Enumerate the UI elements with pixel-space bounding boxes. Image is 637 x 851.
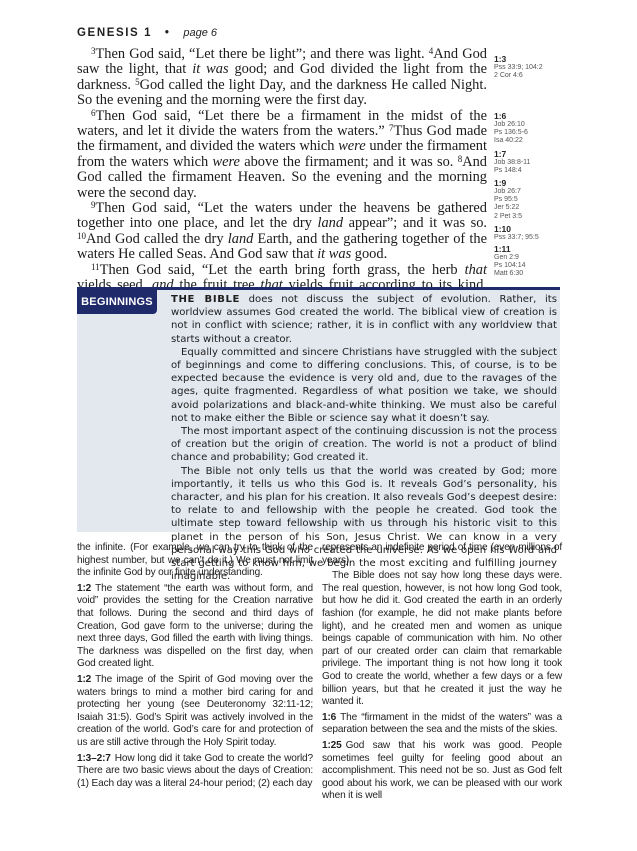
verse-text: appear”; and it was so. [343,215,487,231]
cross-reference-citation: Ps 148:4 [494,167,564,175]
cross-reference: 1:7Job 38:8-11Ps 148:4 [494,150,564,175]
study-note: 1:3–2:7How long did it take God to creat… [77,753,313,791]
running-head: GENESIS 1 • page 6 [77,27,217,39]
study-note-text: How long did it take God to create the w… [77,753,313,789]
study-note: 1:6The “firmament in the midst of the wa… [322,712,562,737]
study-note: represents an indefinite period of time … [322,542,562,567]
study-notes-left-column: the infinite. (For example, we can try t… [77,542,313,793]
verse-text: And God called the dry [86,231,228,247]
study-notes-right-column: represents an indefinite period of time … [322,542,562,806]
cross-reference: 1:9Job 26:7Ps 95:5Jer 5:222 Pet 3:5 [494,179,564,221]
study-note-reference: 1:2 [77,674,91,685]
cross-reference-citation: Job 26:10 [494,121,564,129]
sidebar-paragraph: THE BIBLE does not discuss the subject o… [171,293,557,346]
verse-text: Then God said, “Let the earth bring fort… [100,262,465,278]
verse-text: Then God said, “Let there be light”; and… [96,46,429,62]
study-note-reference: 1:2 [77,583,91,594]
cross-reference-verse: 1:7 [494,150,564,159]
study-note-reference: 1:3–2:7 [77,753,111,764]
study-note-text: the infinite. (For example, we can try t… [77,542,313,578]
verse-text: good. [351,246,387,262]
sidebar-paragraph: The most important aspect of the continu… [171,425,557,465]
scripture-paragraph: 3Then God said, “Let there be light”; an… [77,47,487,109]
italic-word: were [212,154,239,170]
cross-reference-citation: Isa 40:22 [494,137,564,145]
cross-reference: 1:11Gen 2:9Ps 104:14Matt 6:30 [494,245,564,279]
study-note-text: represents an indefinite period of time … [322,542,562,566]
italic-word: land [228,231,254,247]
study-note: 1:2The statement “the earth was without … [77,583,313,671]
page-number: page 6 [183,27,217,39]
scripture-paragraph: 6Then God said, “Let there be a firmamen… [77,109,487,201]
italic-word: land [317,215,343,231]
cross-reference: 1:3Pss 33:9; 104:22 Cor 4:6 [494,55,564,80]
scripture-text: 3Then God said, “Let there be light”; an… [77,47,487,324]
beginnings-sidebar: BEGINNINGS THE BIBLE does not discuss th… [77,287,560,532]
sidebar-body: THE BIBLE does not discuss the subject o… [171,293,557,583]
italic-word: were [338,138,365,154]
study-note-text: The image of the Spirit of God moving ov… [77,674,313,748]
scripture-paragraph: 9Then God said, “Let the waters under th… [77,201,487,263]
verse-text: above the firmament; and it was so. [240,154,458,170]
sidebar-tab-label: BEGINNINGS [77,290,157,314]
study-note: 1:2The image of the Spirit of God moving… [77,674,313,750]
cross-reference-citation: Matt 6:30 [494,270,564,278]
study-note-reference: 1:25 [322,740,342,751]
cross-reference-citation: 2 Pet 3:5 [494,213,564,221]
study-note-reference: 1:6 [322,712,336,723]
sidebar-lead-in: THE BIBLE [171,294,240,305]
italic-word: it was [192,61,228,77]
cross-reference-citation: Jer 5:22 [494,204,564,212]
cross-reference-verse: 1:9 [494,179,564,188]
cross-reference-verse: 1:11 [494,245,564,254]
cross-reference-verse: 1:6 [494,112,564,121]
cross-reference-verse: 1:10 [494,225,564,234]
study-note-text: God saw that his work was good. People s… [322,740,562,801]
cross-reference-citation: 2 Cor 4:6 [494,72,564,80]
cross-reference: 1:10Pss 33:7; 95:5 [494,225,564,242]
verse-number: 10 [77,231,86,241]
book-chapter-label: GENESIS 1 [77,27,152,39]
cross-reference-verse: 1:3 [494,55,564,64]
study-note-text: The statement “the earth was without for… [77,583,313,670]
cross-reference-citation: Gen 2:9 [494,254,564,262]
italic-word: it was [317,246,351,262]
study-note: The Bible does not say how long these da… [322,570,562,709]
cross-reference-citation: Pss 33:7; 95:5 [494,234,564,242]
cross-reference-citation: Job 26:7 [494,188,564,196]
cross-reference-citation: Ps 95:5 [494,196,564,204]
cross-reference-citation: Ps 136:5-6 [494,129,564,137]
italic-word: that [465,262,487,278]
cross-reference-citation: Ps 104:14 [494,262,564,270]
study-note: 1:25God saw that his work was good. Peop… [322,740,562,803]
sidebar-paragraph: Equally committed and sincere Christians… [171,346,557,425]
study-note-text: The Bible does not say how long these da… [322,570,562,707]
cross-reference: 1:6Job 26:10Ps 136:5-6Isa 40:22 [494,112,564,146]
study-note-text: The “firmament in the midst of the water… [322,712,562,736]
separator-bullet: • [165,27,171,39]
verse-number: 11 [91,262,100,272]
cross-reference-citation: Job 38:8-11 [494,159,564,167]
cross-reference-citation: Pss 33:9; 104:2 [494,64,564,72]
study-note: the infinite. (For example, we can try t… [77,542,313,580]
